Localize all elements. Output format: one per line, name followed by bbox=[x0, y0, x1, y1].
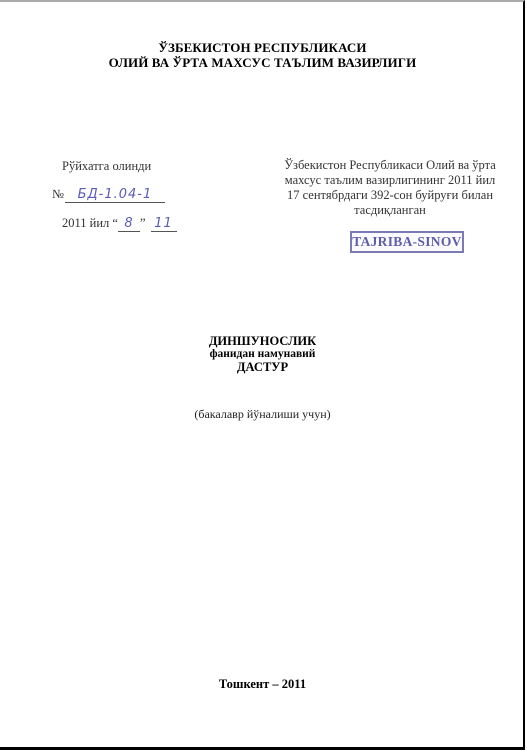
registration-label: Рўйхатга олинди bbox=[62, 159, 151, 174]
registration-date-row: 2011 йил “8”11 bbox=[62, 216, 177, 232]
approval-line-2: махсус таълим вазирлигининг 2011 йил bbox=[270, 173, 510, 188]
quote-close: ” bbox=[140, 216, 146, 230]
registration-number-row: №БД-1.04-1 bbox=[52, 187, 165, 203]
month-field: 11 bbox=[151, 216, 177, 232]
month-value: 11 bbox=[154, 216, 173, 231]
document-subtitle: (бакалавр йўналиши учун) bbox=[0, 407, 525, 422]
approval-line-4: тасдиқланган bbox=[270, 203, 510, 218]
header-line-2: ОЛИЙ ВА ЎРТА МАХСУС ТАЪЛИМ ВАЗИРЛИГИ bbox=[0, 55, 525, 70]
ministry-header: ЎЗБЕКИСТОН РЕСПУБЛИКАСИ ОЛИЙ ВА ЎРТА МАХ… bbox=[0, 40, 525, 70]
day-value: 8 bbox=[124, 216, 133, 231]
approval-line-3: 17 сентябрдаги 392-сон буйруғи билан bbox=[270, 188, 510, 203]
day-field: 8 bbox=[118, 216, 140, 232]
year-label: 2011 йил “ bbox=[62, 216, 118, 230]
header-line-1: ЎЗБЕКИСТОН РЕСПУБЛИКАСИ bbox=[0, 40, 525, 55]
tajriba-sinov-stamp: TAJRIBA-SINOV bbox=[350, 231, 464, 253]
title-line-3: ДАСТУР bbox=[0, 361, 525, 374]
document-page: ЎЗБЕКИСТОН РЕСПУБЛИКАСИ ОЛИЙ ВА ЎРТА МАХ… bbox=[0, 0, 525, 750]
number-sign: № bbox=[52, 187, 64, 201]
document-title: ДИНШУНОСЛИК фанидан намунавий ДАСТУР bbox=[0, 335, 525, 374]
approval-block: Ўзбекистон Республикаси Олий ва ўрта мах… bbox=[270, 158, 510, 218]
registration-number-value: БД-1.04-1 bbox=[78, 187, 153, 202]
city-year-footer: Тошкент – 2011 bbox=[0, 677, 525, 692]
subject-title: ДИНШУНОСЛИК bbox=[0, 335, 525, 348]
registration-number-field: БД-1.04-1 bbox=[65, 187, 165, 203]
approval-line-1: Ўзбекистон Республикаси Олий ва ўрта bbox=[270, 158, 510, 173]
